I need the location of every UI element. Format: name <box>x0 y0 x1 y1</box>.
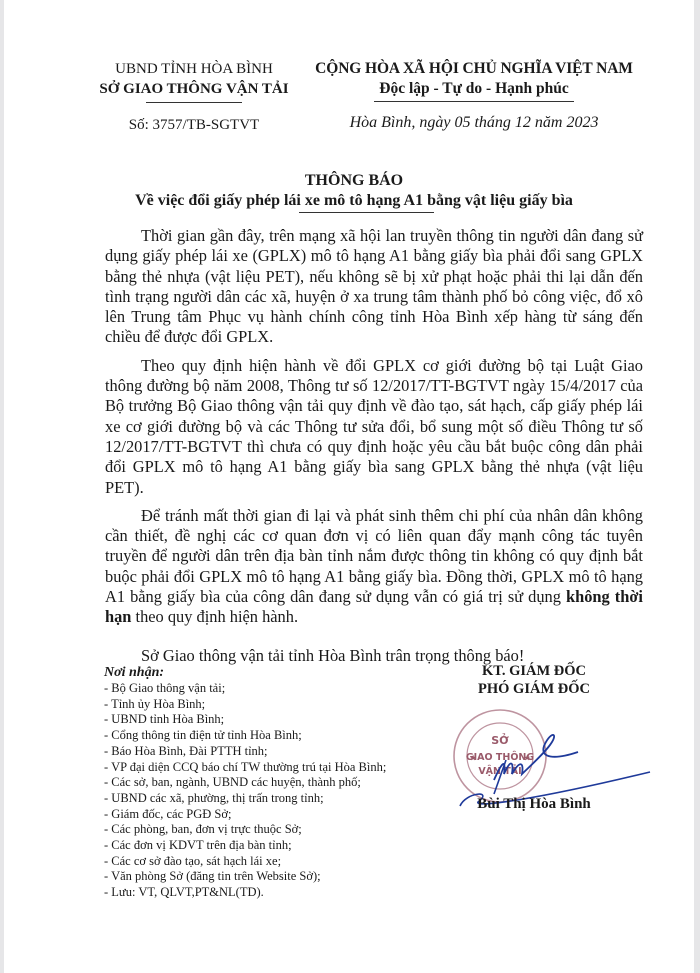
recipient-item: Các đơn vị KDVT trên địa bàn tỉnh; <box>104 838 434 854</box>
national-block: CỘNG HÒA XÃ HỘI CHỦ NGHĨA VIỆT NAM Độc l… <box>304 59 644 133</box>
signer-title-2: PHÓ GIÁM ĐỐC <box>444 680 624 698</box>
recipient-item: UBND các xã, phường, thị trấn trong tỉnh… <box>104 791 434 807</box>
paragraph-3: Để tránh mất thời gian đi lại và phát si… <box>105 506 643 628</box>
signer-title-1: KT. GIÁM ĐỐC <box>444 662 624 680</box>
paragraph-3-text: Để tránh mất thời gian đi lại và phát si… <box>105 506 643 606</box>
signer-name: Bùi Thị Hòa Bình <box>444 795 624 813</box>
recipient-item: Tỉnh ủy Hòa Bình; <box>104 697 434 713</box>
recipient-item: Bộ Giao thông vận tải; <box>104 681 434 697</box>
recipient-item: Giám đốc, các PGĐ Sở; <box>104 807 434 823</box>
document-number: Số: 3757/TB-SGTVT <box>94 115 294 135</box>
motto-divider <box>374 101 574 102</box>
subject-divider <box>299 212 434 213</box>
document-body: Thời gian gần đây, trên mạng xã hội lan … <box>105 226 643 674</box>
recipient-item: Lưu: VT, QLVT,PT&NL(TD). <box>104 885 434 901</box>
issue-date: Hòa Bình, ngày 05 tháng 12 năm 2023 <box>304 113 644 133</box>
recipient-item: Cổng thông tin điện tử tỉnh Hòa Bình; <box>104 728 434 744</box>
paragraph-1: Thời gian gần đây, trên mạng xã hội lan … <box>105 226 643 348</box>
paragraph-3-tail: theo quy định hiện hành. <box>131 607 298 626</box>
recipient-item: UBND tỉnh Hòa Bình; <box>104 712 434 728</box>
recipient-item: Các phòng, ban, đơn vị trực thuộc Sở; <box>104 822 434 838</box>
signature-block: KT. GIÁM ĐỐC PHÓ GIÁM ĐỐC SỞ GIAO THÔNG … <box>444 662 624 698</box>
recipients-list: Bộ Giao thông vận tải;Tỉnh ủy Hòa Bình;U… <box>104 681 434 901</box>
authority-name: UBND TỈNH HÒA BÌNH <box>94 59 294 79</box>
document-subject: Về việc đổi giấy phép lái xe mô tô hạng … <box>104 191 604 211</box>
recipients-label: Nơi nhận: <box>104 664 434 681</box>
national-title: CỘNG HÒA XÃ HỘI CHỦ NGHĨA VIỆT NAM <box>304 59 644 79</box>
recipient-item: Văn phòng Sở (đăng tin trên Website Sở); <box>104 869 434 885</box>
paragraph-2: Theo quy định hiện hành về đổi GPLX cơ g… <box>105 356 643 498</box>
recipient-item: Báo Hòa Bình, Đài PTTH tỉnh; <box>104 744 434 760</box>
recipients-block: Nơi nhận: Bộ Giao thông vận tải;Tỉnh ủy … <box>104 664 434 901</box>
document-title: THÔNG BÁO <box>104 171 604 191</box>
document-page: UBND TỈNH HÒA BÌNH SỞ GIAO THÔNG VẬN TẢI… <box>4 0 694 973</box>
recipient-item: Các cơ sở đào tạo, sát hạch lái xe; <box>104 854 434 870</box>
recipient-item: Các sở, ban, ngành, UBND các huyện, thàn… <box>104 775 434 791</box>
header-divider <box>146 102 242 103</box>
national-motto: Độc lập - Tự do - Hạnh phúc <box>304 79 644 99</box>
department-name: SỞ GIAO THÔNG VẬN TẢI <box>94 79 294 99</box>
recipient-item: VP đại diện CCQ báo chí TW thường trú tạ… <box>104 760 434 776</box>
issuer-block: UBND TỈNH HÒA BÌNH SỞ GIAO THÔNG VẬN TẢI… <box>94 59 294 135</box>
